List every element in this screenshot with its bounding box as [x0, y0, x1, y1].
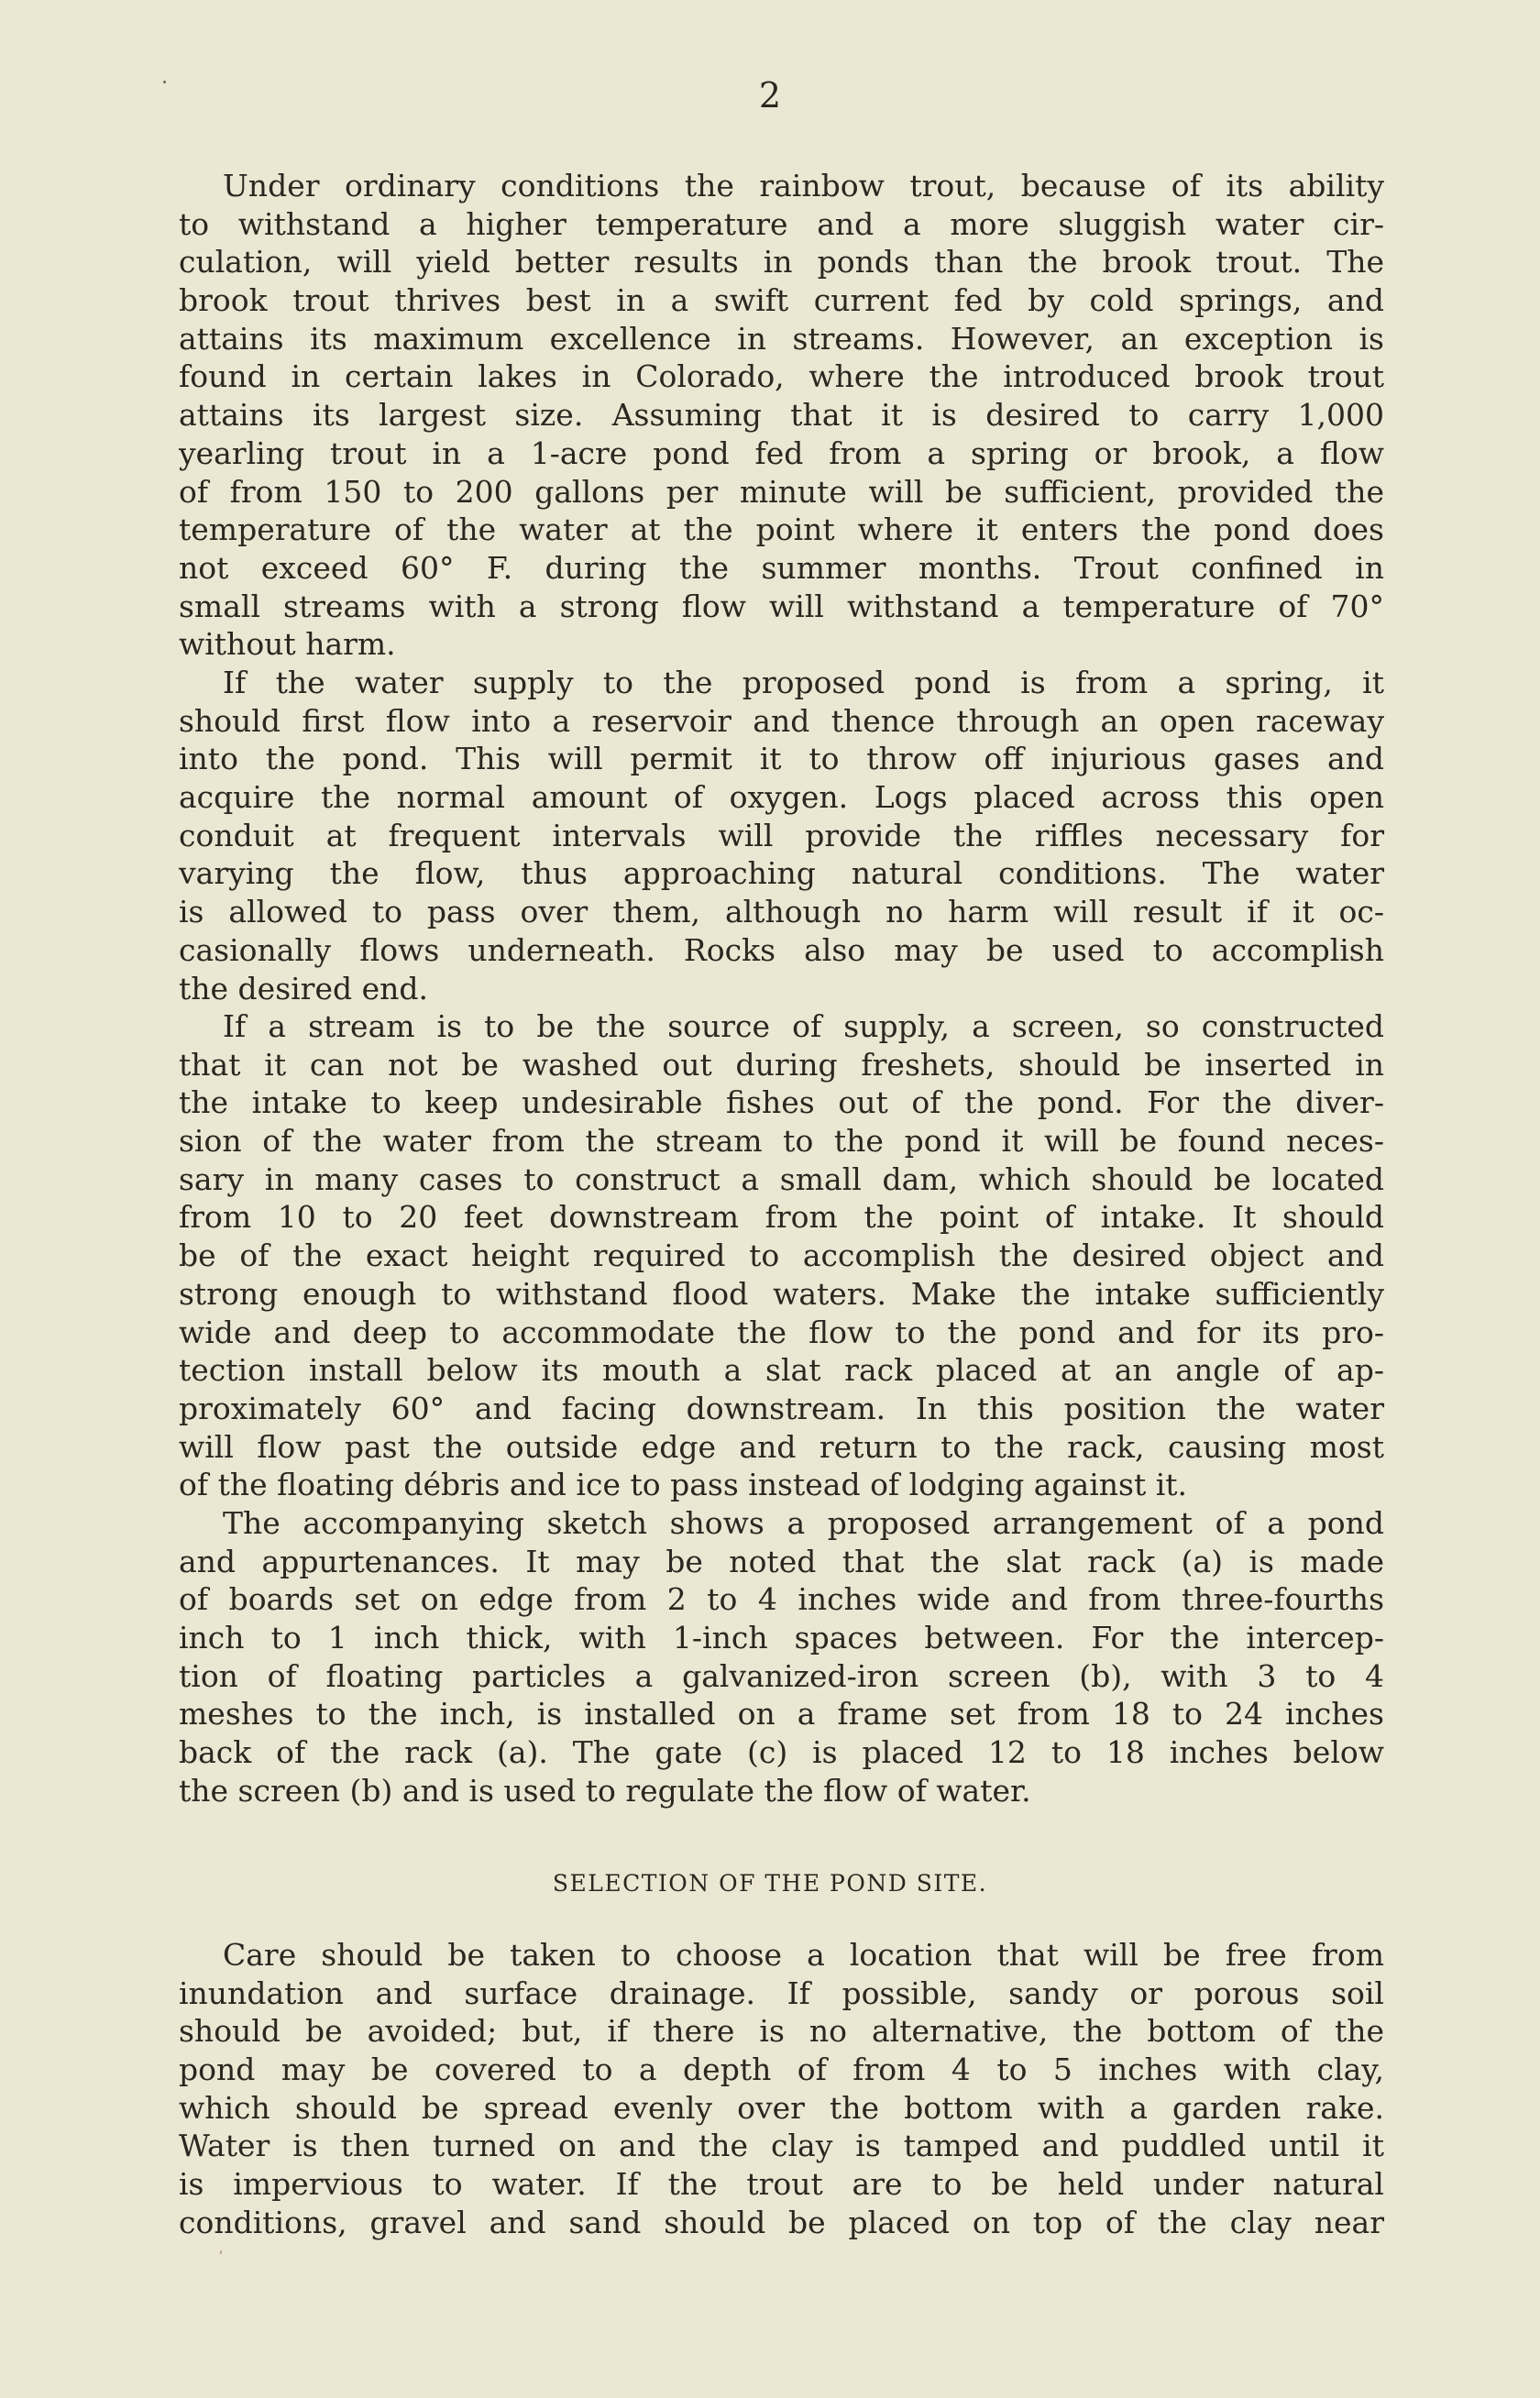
section-heading: SELECTION OF THE POND SITE. — [0, 1870, 1540, 1897]
text-line: small streams with a strong flow will wi… — [179, 588, 1384, 626]
text-line: to withstand a higher temperature and a … — [179, 205, 1384, 244]
page-number: 2 — [0, 75, 1540, 115]
text-line: the screen (b) and is used to regulate t… — [179, 1772, 1384, 1810]
text-line: back of the rack (a). The gate (c) is pl… — [179, 1733, 1384, 1772]
text-line: should be avoided; but, if there is no a… — [179, 2012, 1384, 2051]
text-line: attains its largest size. Assuming that … — [179, 396, 1384, 434]
text-line: conduit at frequent intervals will provi… — [179, 817, 1384, 855]
text-line: tion of floating particles a galvanized-… — [179, 1657, 1384, 1696]
text-line: the desired end. — [179, 970, 1384, 1008]
text-line: Under ordinary conditions the rainbow tr… — [179, 167, 1384, 205]
text-line: Water is then turned on and the clay is … — [179, 2127, 1384, 2165]
text-line: of from 150 to 200 gallons per minute wi… — [179, 473, 1384, 511]
text-line: pond may be covered to a depth of from 4… — [179, 2051, 1384, 2089]
text-line: wide and deep to accommodate the flow to… — [179, 1314, 1384, 1352]
text-line: varying the flow, thus approaching natur… — [179, 854, 1384, 893]
text-line: If the water supply to the proposed pond… — [179, 664, 1384, 702]
text-line: be of the exact height required to accom… — [179, 1237, 1384, 1275]
text-line: casionally flows underneath. Rocks also … — [179, 931, 1384, 970]
text-line: is allowed to pass over them, although n… — [179, 893, 1384, 931]
text-line: the intake to keep undesirable fishes ou… — [179, 1083, 1384, 1122]
text-line: inch to 1 inch thick, with 1-inch spaces… — [179, 1619, 1384, 1657]
text-line: brook trout thrives best in a swift curr… — [179, 281, 1384, 320]
text-line: should first flow into a reservoir and t… — [179, 702, 1384, 741]
text-line: Care should be taken to choose a locatio… — [179, 1936, 1384, 1974]
text-line: culation, will yield better results in p… — [179, 243, 1384, 281]
text-line: and appurtenances. It may be noted that … — [179, 1543, 1384, 1581]
paper-speck — [163, 81, 166, 83]
text-line: tection install below its mouth a slat r… — [179, 1351, 1384, 1390]
text-line: sion of the water from the stream to the… — [179, 1122, 1384, 1160]
text-line: found in certain lakes in Colorado, wher… — [179, 357, 1384, 396]
paragraph-spring-water-supply: If the water supply to the proposed pond… — [179, 664, 1384, 1007]
paragraph-sketch-arrangement: The accompanying sketch shows a proposed… — [179, 1504, 1384, 1810]
text-line: sary in many cases to construct a small … — [179, 1160, 1384, 1199]
text-line: into the pond. This will permit it to th… — [179, 740, 1384, 778]
text-line: strong enough to withstand flood waters.… — [179, 1275, 1384, 1314]
text-line: is impervious to water. If the trout are… — [179, 2165, 1384, 2204]
text-line: proximately 60° and facing downstream. I… — [179, 1390, 1384, 1428]
text-line: from 10 to 20 feet downstream from the p… — [179, 1198, 1384, 1237]
text-line: conditions, gravel and sand should be pl… — [179, 2204, 1384, 2242]
text-line: temperature of the water at the point wh… — [179, 511, 1384, 549]
text-line: meshes to the inch, is installed on a fr… — [179, 1695, 1384, 1733]
text-line: If a stream is to be the source of suppl… — [179, 1007, 1384, 1046]
text-line: attains its maximum excellence in stream… — [179, 320, 1384, 358]
text-line: The accompanying sketch shows a proposed… — [179, 1504, 1384, 1543]
text-line: of boards set on edge from 2 to 4 inches… — [179, 1580, 1384, 1619]
text-line: not exceed 60° F. during the summer mont… — [179, 549, 1384, 588]
text-line: inundation and surface drainage. If poss… — [179, 1974, 1384, 2013]
paper-speck — [220, 2250, 222, 2254]
text-line: that it can not be washed out during fre… — [179, 1046, 1384, 1084]
paragraph-pond-site-selection: Care should be taken to choose a locatio… — [179, 1936, 1384, 2242]
paragraph-stream-water-supply: If a stream is to be the source of suppl… — [179, 1007, 1384, 1504]
text-line: of the floating débris and ice to pass i… — [179, 1466, 1384, 1504]
text-line: which should be spread evenly over the b… — [179, 2089, 1384, 2128]
text-line: acquire the normal amount of oxygen. Log… — [179, 778, 1384, 817]
paragraph-rainbow-vs-brook-trout: Under ordinary conditions the rainbow tr… — [179, 167, 1384, 664]
text-line: yearling trout in a 1-acre pond fed from… — [179, 434, 1384, 473]
text-line: without harm. — [179, 625, 1384, 664]
text-line: will flow past the outside edge and retu… — [179, 1428, 1384, 1467]
